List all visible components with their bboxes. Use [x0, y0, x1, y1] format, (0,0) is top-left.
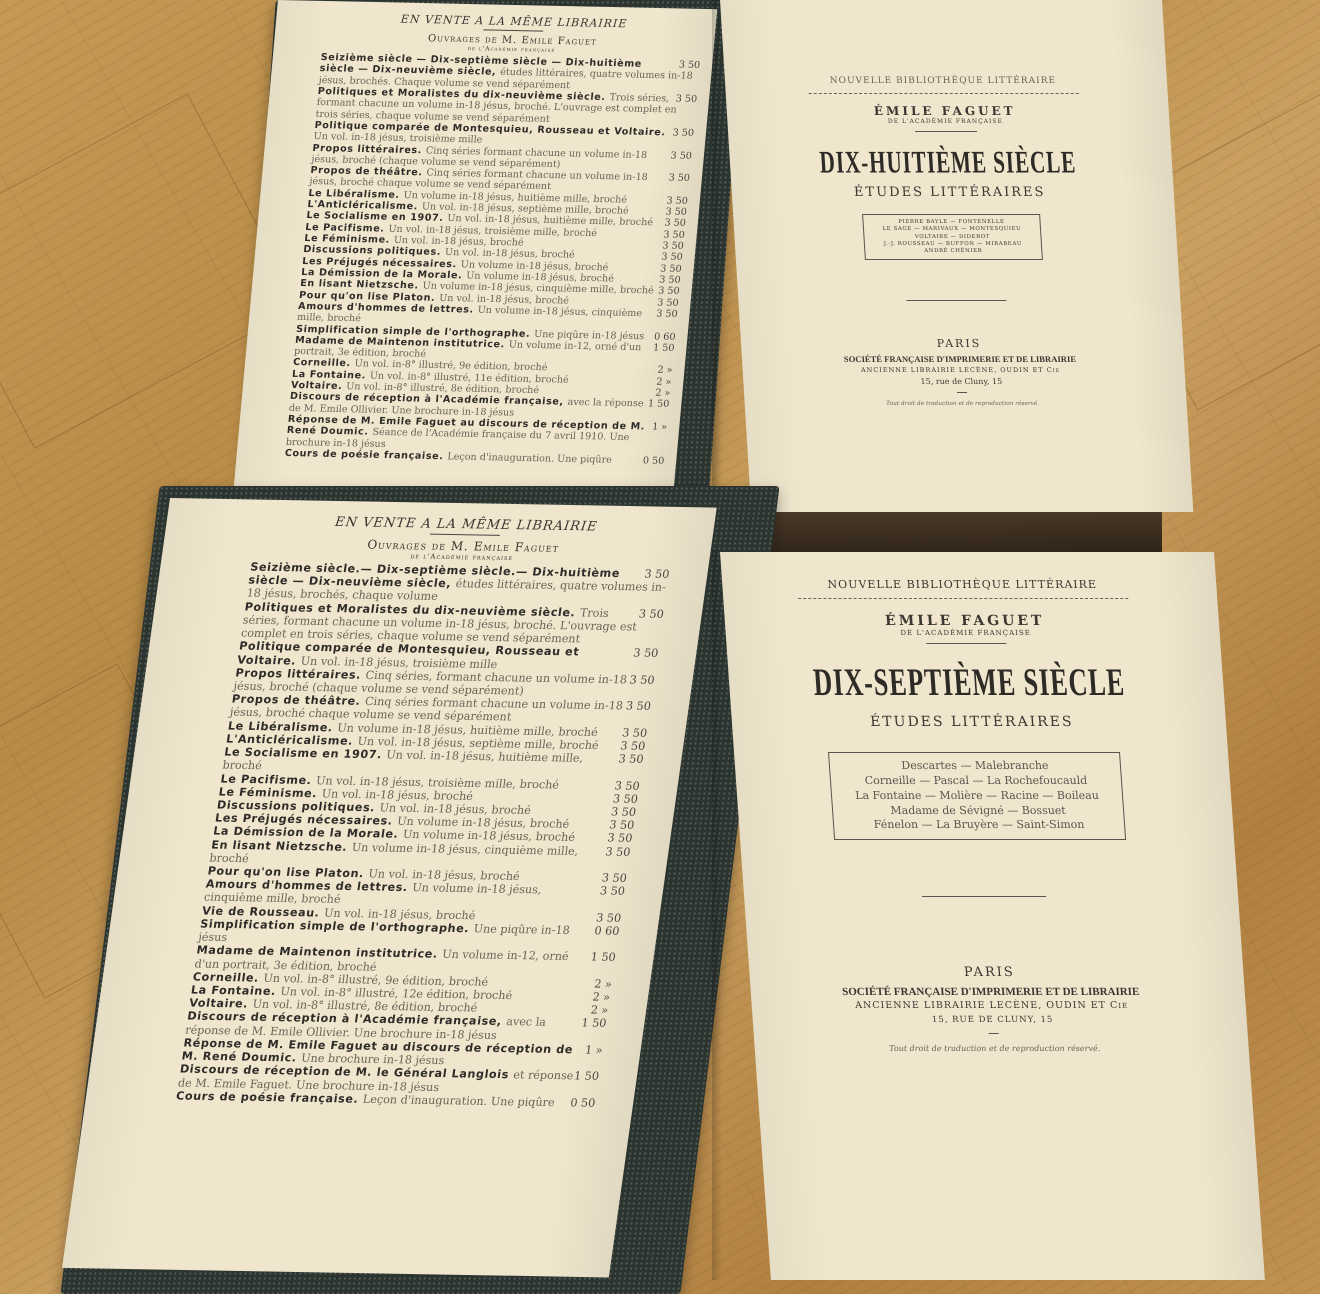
- catalog-page: EN VENTE A LA MÊME LIBRAIRIE Ouvrages de…: [233, 0, 717, 505]
- publisher-name: SOCIÉTÉ FRANÇAISE D'IMPRIMERIE ET DE LIB…: [770, 986, 1211, 998]
- catalog: EN VENTE A LA MÊME LIBRAIRIE Ouvrages de…: [175, 514, 677, 1110]
- entry-price: 3 50: [656, 308, 678, 320]
- entry-price: 3 50: [675, 93, 697, 105]
- heading-rule: [483, 29, 543, 31]
- entry-price: 0 60: [654, 331, 676, 343]
- publisher-subtitle: ANCIENNE LIBRAIRIE LECÈNE, OUDIN ET Cie: [760, 366, 1160, 374]
- entry-price: 3 50: [662, 240, 684, 252]
- title-page: NOUVELLE BIBLIOTHÈQUE LITTÉRAIRE ÉMILE F…: [720, 0, 1193, 512]
- entry-price: 0 50: [569, 1096, 596, 1110]
- entry-price: 2 »: [657, 365, 673, 377]
- wavy-rule: [809, 90, 1079, 94]
- author-academy: DE L'ACADÉMIE FRANÇAISE: [745, 118, 1145, 125]
- entry-title: La Fontaine.: [190, 983, 281, 998]
- book-gutter: [712, 0, 722, 505]
- entry-price: 3 50: [606, 832, 633, 846]
- entry-price: 3 50: [608, 819, 635, 833]
- publisher-address: 15, RUE DE CLUNY, 15: [772, 1015, 1213, 1025]
- entry-price: 3 50: [666, 195, 688, 207]
- rights-notice: Tout droit de traduction et de reproduct…: [774, 1044, 1215, 1053]
- ornament-rule: [926, 643, 1006, 644]
- entry-title: Cours de poésie française.: [284, 448, 448, 462]
- contents-line: Descartes — Malebranche: [829, 759, 1120, 774]
- contents-line: Corneille — Pascal — La Rochefoucauld: [831, 774, 1122, 789]
- entry-price: 1 50: [653, 342, 675, 354]
- entry-price: 3 50: [678, 60, 700, 72]
- book-title: DIX-SEPTIÈME SIÈCLE: [748, 661, 1191, 706]
- entry-price: 3 50: [659, 274, 681, 286]
- entry-description: Leçon d'inauguration. Une piqûre: [447, 451, 612, 465]
- entry-price: 3 50: [668, 173, 690, 185]
- book-title: DIX-HUITIÈME SIÈCLE: [747, 144, 1149, 182]
- catalog-entries: 3 50Seizième siècle.— Dix-septième siècl…: [175, 561, 670, 1110]
- ornament-rule: [906, 300, 1006, 301]
- entry-price: 1 »: [652, 422, 668, 434]
- ornament-rule: [922, 896, 1046, 897]
- contents-line: PIERRE BAYLE — FONTENELLE: [863, 219, 1039, 226]
- author-name: ÉMILE FAGUET: [744, 613, 1185, 629]
- short-rule: [957, 392, 967, 393]
- catalog-heading: EN VENTE A LA MÊME LIBRAIRIE: [324, 11, 705, 32]
- entry-title: Corneille.: [293, 357, 356, 369]
- book-subtitle: ÉTUDES LITTÉRAIRES: [749, 185, 1150, 200]
- contents-line: VOLTAIRE — DIDEROT: [864, 234, 1040, 241]
- contents-line: ANDRÉ CHÉNIER: [865, 248, 1041, 255]
- entry-price: 1 50: [581, 1017, 608, 1031]
- entry-price: 3 50: [672, 127, 694, 139]
- wavy-rule: [798, 595, 1128, 599]
- author-academy: DE L'ACADÉMIE FRANÇAISE: [745, 629, 1186, 637]
- series-name: NOUVELLE BIBLIOTHÈQUE LITTÉRAIRE: [742, 578, 1183, 591]
- ornament-rule: [915, 131, 977, 132]
- title-page: NOUVELLE BIBLIOTHÈQUE LITTÉRAIRE ÉMILE F…: [720, 552, 1265, 1280]
- entry-price: 3 50: [614, 779, 641, 793]
- catalog-page: EN VENTE A LA MÊME LIBRAIRIE Ouvrages de…: [62, 498, 717, 1277]
- publisher-name: SOCIÉTÉ FRANÇAISE D'IMPRIMERIE ET DE LIB…: [760, 354, 1161, 364]
- entry-price: 3 50: [610, 805, 637, 819]
- entry-price: 3 50: [629, 673, 656, 687]
- entry-price: 3 50: [605, 845, 632, 859]
- heading-rule: [430, 534, 500, 536]
- entry-price: 3 50: [599, 885, 626, 899]
- entry-price: 3 50: [621, 726, 648, 740]
- publisher-city: PARIS: [769, 965, 1210, 980]
- entry-price: 3 50: [660, 263, 682, 275]
- entry-price: 0 60: [594, 924, 621, 938]
- entry-price: 3 50: [657, 297, 679, 309]
- catalog-entries: 3 50Seizième siècle — Dix-septième siècl…: [284, 52, 700, 467]
- entry-price: 1 50: [647, 399, 669, 411]
- entry-title: Le Pacifisme.: [220, 772, 317, 787]
- entry-price: 3 50: [625, 700, 652, 714]
- entry-price: 3 50: [601, 871, 628, 885]
- entry-price: 3 50: [670, 150, 692, 162]
- entry-price: 3 50: [618, 752, 645, 766]
- entry-price: 1 50: [573, 1070, 600, 1084]
- contents-line: La Fontaine — Molière — Racine — Boileau: [832, 789, 1123, 804]
- contents-line: LE SAGE — MARIVAUX — MONTESQUIEU: [864, 226, 1040, 233]
- catalog: EN VENTE A LA MÊME LIBRAIRIE Ouvrages de…: [284, 11, 704, 467]
- entry-price: 3 50: [638, 607, 665, 621]
- book-dix-huitieme-siecle: EN VENTE A LA MÊME LIBRAIRIE Ouvrages de…: [0, 0, 1320, 560]
- author-name: ÉMILE FAGUET: [744, 104, 1145, 118]
- entry-price: 3 50: [632, 647, 659, 661]
- publisher-city: PARIS: [759, 337, 1160, 350]
- book-dix-septieme-siecle: EN VENTE A LA MÊME LIBRAIRIE Ouvrages de…: [0, 480, 1320, 1294]
- entry-price: 1 »: [584, 1043, 603, 1057]
- entry-title: Corneille.: [192, 970, 264, 984]
- series-name: NOUVELLE BIBLIOTHÈQUE LITTÉRAIRE: [743, 76, 1144, 86]
- entry-price: 3 50: [595, 911, 622, 925]
- rights-notice: Tout droit de traduction et de reproduct…: [763, 401, 1163, 407]
- contents-line: Fénelon — La Bruyère — Saint-Simon: [834, 818, 1125, 833]
- title-block: NOUVELLE BIBLIOTHÈQUE LITTÉRAIRE ÉMILE F…: [742, 578, 1215, 1053]
- publisher-address: 15, rue de Cluny, 15: [761, 377, 1162, 386]
- entry-price: 2 »: [592, 991, 611, 1005]
- entry-description: Leçon d'inauguration. Une piqûre: [362, 1092, 555, 1108]
- entry-price: 3 50: [619, 739, 646, 753]
- entry-price: 3 50: [658, 286, 680, 298]
- entry-price: 1 50: [590, 951, 617, 965]
- book-gutter: [712, 550, 722, 1280]
- contents-box: PIERRE BAYLE — FONTENELLELE SAGE — MARIV…: [862, 214, 1043, 260]
- entry-price: 0 50: [642, 455, 664, 467]
- entry-price: 2 »: [656, 376, 672, 388]
- short-rule: [989, 1033, 999, 1034]
- entry-price: 3 50: [664, 218, 686, 230]
- entry-title: Cours de poésie française.: [175, 1089, 364, 1105]
- entry-title: Voltaire.: [188, 997, 253, 1011]
- entry-price: 2 »: [590, 1004, 609, 1018]
- entry-price: 3 50: [644, 567, 671, 581]
- catalog-heading: EN VENTE A LA MÊME LIBRAIRIE: [256, 514, 677, 536]
- contents-line: Madame de Sévigné — Bossuet: [833, 804, 1124, 819]
- entry-price: 3 50: [665, 207, 687, 219]
- entry-price: 3 50: [661, 252, 683, 264]
- publisher-subtitle: ANCIENNE LIBRAIRIE LECÈNE, OUDIN ET Cie: [771, 1000, 1212, 1011]
- entry-price: 3 50: [612, 792, 639, 806]
- entry-price: 3 50: [663, 229, 685, 241]
- book-subtitle: ÉTUDES LITTÉRAIRES: [751, 714, 1192, 730]
- entry-price: 2 »: [593, 977, 612, 991]
- entry-price: 2 »: [655, 388, 671, 400]
- contents-box: Descartes — MalebrancheCorneille — Pasca…: [828, 752, 1126, 840]
- title-block: NOUVELLE BIBLIOTHÈQUE LITTÉRAIRE ÉMILE F…: [743, 76, 1163, 407]
